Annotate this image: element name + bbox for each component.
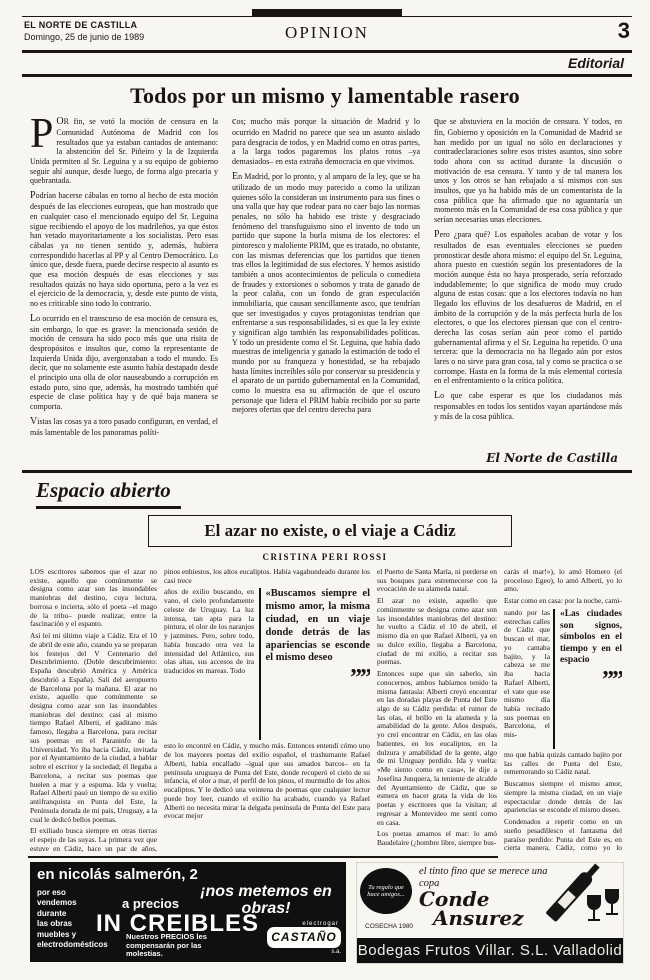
article-paragraph: carás el mar!»), lo amó Homero (el proce… [504,568,622,594]
glass-stem [593,910,595,919]
editorial-label: Editorial [568,55,624,71]
pull-quote-body: «Las ciudades son signos, símbolos en el… [560,609,622,749]
open-space-label: Espacio abierto [36,478,181,509]
section-title: OPINION [285,23,369,43]
wine-banner: Bodegas Frutos Villar. S.L. Valladolid [357,938,623,963]
editorial-paragraph: Lo ocurrido en el transcurso de esa moci… [30,313,218,412]
page-header: EL NORTE DE CASTILLA Domingo, 25 de juni… [22,16,632,53]
column-d-wrap-row: nando por las estrechas calles de Cádiz … [504,609,622,749]
pull-quote-right: «Las ciudades son signos, símbolos en el… [553,609,622,749]
glass-stem [611,904,613,913]
article-headline: El azar no existe, o el viaje a Cádiz [148,515,512,547]
ad-castano: en nicolás salmerón, 2 por eso vendemos … [30,862,346,962]
article-byline: CRISTINA PERI ROSSI [148,552,502,562]
close-quote-icon: ”” [266,669,370,688]
article-paragraph: El exiliado busca siempre en otras tierr… [30,827,157,854]
article-paragraph: esto lo encontré en Cádiz, y mucho más. … [164,742,370,821]
castano-logo-text: CASTAÑO [267,927,341,948]
wine-badge: Tu regalo que hace amigos... [360,868,412,914]
glass-foot [606,913,618,915]
pull-quote-text: «Buscamos siempre el mismo amor, la mism… [266,588,370,663]
editorial-rule [22,74,632,77]
article-column-c: el Puerto de Santa María, ni perderse en… [377,568,497,854]
article-column-a: LOS escritores sabemos que el azar no ex… [30,568,157,854]
close-quote-icon: ”” [560,671,622,690]
header-top-bar [252,9,402,17]
paragraph-text: OR fin, se votó la moción de censura en … [30,117,218,185]
editorial-column-2: cos; mucho más porque la situación de Ma… [232,116,420,466]
editorial-paragraph: que se abstuviera en la moción de censur… [434,116,622,225]
section-divider-rule [22,470,632,473]
wine-tagline: el tinto fino que se merece una copa [419,866,559,889]
pull-quote-left: «Buscamos siempre el mismo amor, la mism… [259,588,370,740]
article-paragraph: Condenados a repetir como en un sueño pe… [504,818,622,854]
editorial-paragraph: Podrían hacerse cábalas en torno al hech… [30,190,218,308]
pull-quote-body: «Buscamos siempre el mismo amor, la mism… [266,588,370,740]
wine-bottle-label [558,890,576,909]
editorial-paragraph: Pero ¿para qué? Los españoles acaban de … [434,229,622,386]
editorial-body: POR fin, se votó la moción de censura en… [30,116,622,466]
editorial-paragraph: Vistas las cosas ya a toro pasado config… [30,416,218,438]
newspaper-page: EL NORTE DE CASTILLA Domingo, 25 de juni… [0,0,650,980]
editorial-headline: Todos por un mismo y lamentable rasero [0,83,650,109]
castano-logo: electrogar CASTAÑO s.a. [267,921,341,955]
article-paragraph: Los poetas amamos el mar: lo amó Baudela… [377,830,497,847]
article-paragraph: pinos enhiestos, los altos eucaliptos. H… [164,568,370,585]
glass-bowl [587,895,601,910]
wine-glass-icon [587,895,601,921]
article-paragraph: Entonces supe que sin saberlo, sin conoc… [377,670,497,827]
editorial-paragraph: cos; mucho más porque la situación de Ma… [232,116,420,167]
paper-date: Domingo, 25 de junio de 1989 [24,32,144,42]
wine-cosecha: COSECHA 1980 [365,923,413,930]
editorial-column-1: POR fin, se votó la moción de censura en… [30,116,218,466]
glass-foot [588,919,600,921]
pull-quote-bar [259,588,261,740]
column-b-wrap-row: años de exilio buscando, en vano, el cie… [164,588,370,740]
article-column-d: carás el mar!»), lo amó Homero (el proce… [504,568,622,854]
editorial-column-3: que se abstuviera en la moción de censur… [434,116,622,466]
article-column-b: pinos enhiestos, los altos eucaliptos. H… [164,568,370,854]
article-paragraph: Estar como en casa: por la noche, cami- [504,597,622,606]
paper-name: EL NORTE DE CASTILLA [24,20,137,30]
drop-cap: P [30,116,56,151]
editorial-paragraph: POR fin, se votó la moción de censura en… [30,116,218,186]
article-paragraph: Así leí mi último viaje a Cádiz. Era el … [30,632,157,824]
editorial-paragraph: Lo que cabe esperar es que los ciudadano… [434,390,622,421]
wine-glass-icon [605,889,619,915]
article-narrow-text: años de exilio buscando, en vano, el cie… [164,588,259,740]
ad-note: Nuestros PRECIOS les compensarán por las… [126,933,238,959]
glass-bowl [605,889,619,904]
wine-brand: Conde Ansurez [419,890,523,928]
ad-small-text: por eso vendemos durante las obras muebl… [37,888,99,950]
castano-logo-sa: s.a. [267,949,341,955]
pull-quote-text: «Las ciudades son signos, símbolos en el… [560,609,622,665]
page-number: 3 [618,18,630,44]
ad-address: en nicolás salmerón, 2 [37,866,198,883]
article-paragraph: LOS escritores sabemos que el azar no ex… [30,568,157,629]
pull-quote-bar [553,609,555,749]
article-paragraph: El azar no existe, aquello que comúnment… [377,597,497,667]
editorial-signature: El Norte de Castilla [486,451,618,465]
editorial-paragraph: En Madrid, por lo pronto, y al amparo de… [232,171,420,415]
article-paragraph: Buscamos siempre el mismo amor, siempre … [504,780,622,815]
article-paragraph: el Puerto de Santa María, ni perderse en… [377,568,497,594]
article-narrow-text: nando por las estrechas calles de Cádiz … [504,609,553,749]
ads-divider-rule [28,856,498,858]
article-paragraph: mo que había quizás cantado bajito por l… [504,751,622,777]
ad-conde-ansurez: Tu regalo que hace amigos... el tinto fi… [356,862,624,964]
wine-brand-line2: Ansurez [433,909,523,928]
ad-a-precios: a precios [122,896,179,911]
